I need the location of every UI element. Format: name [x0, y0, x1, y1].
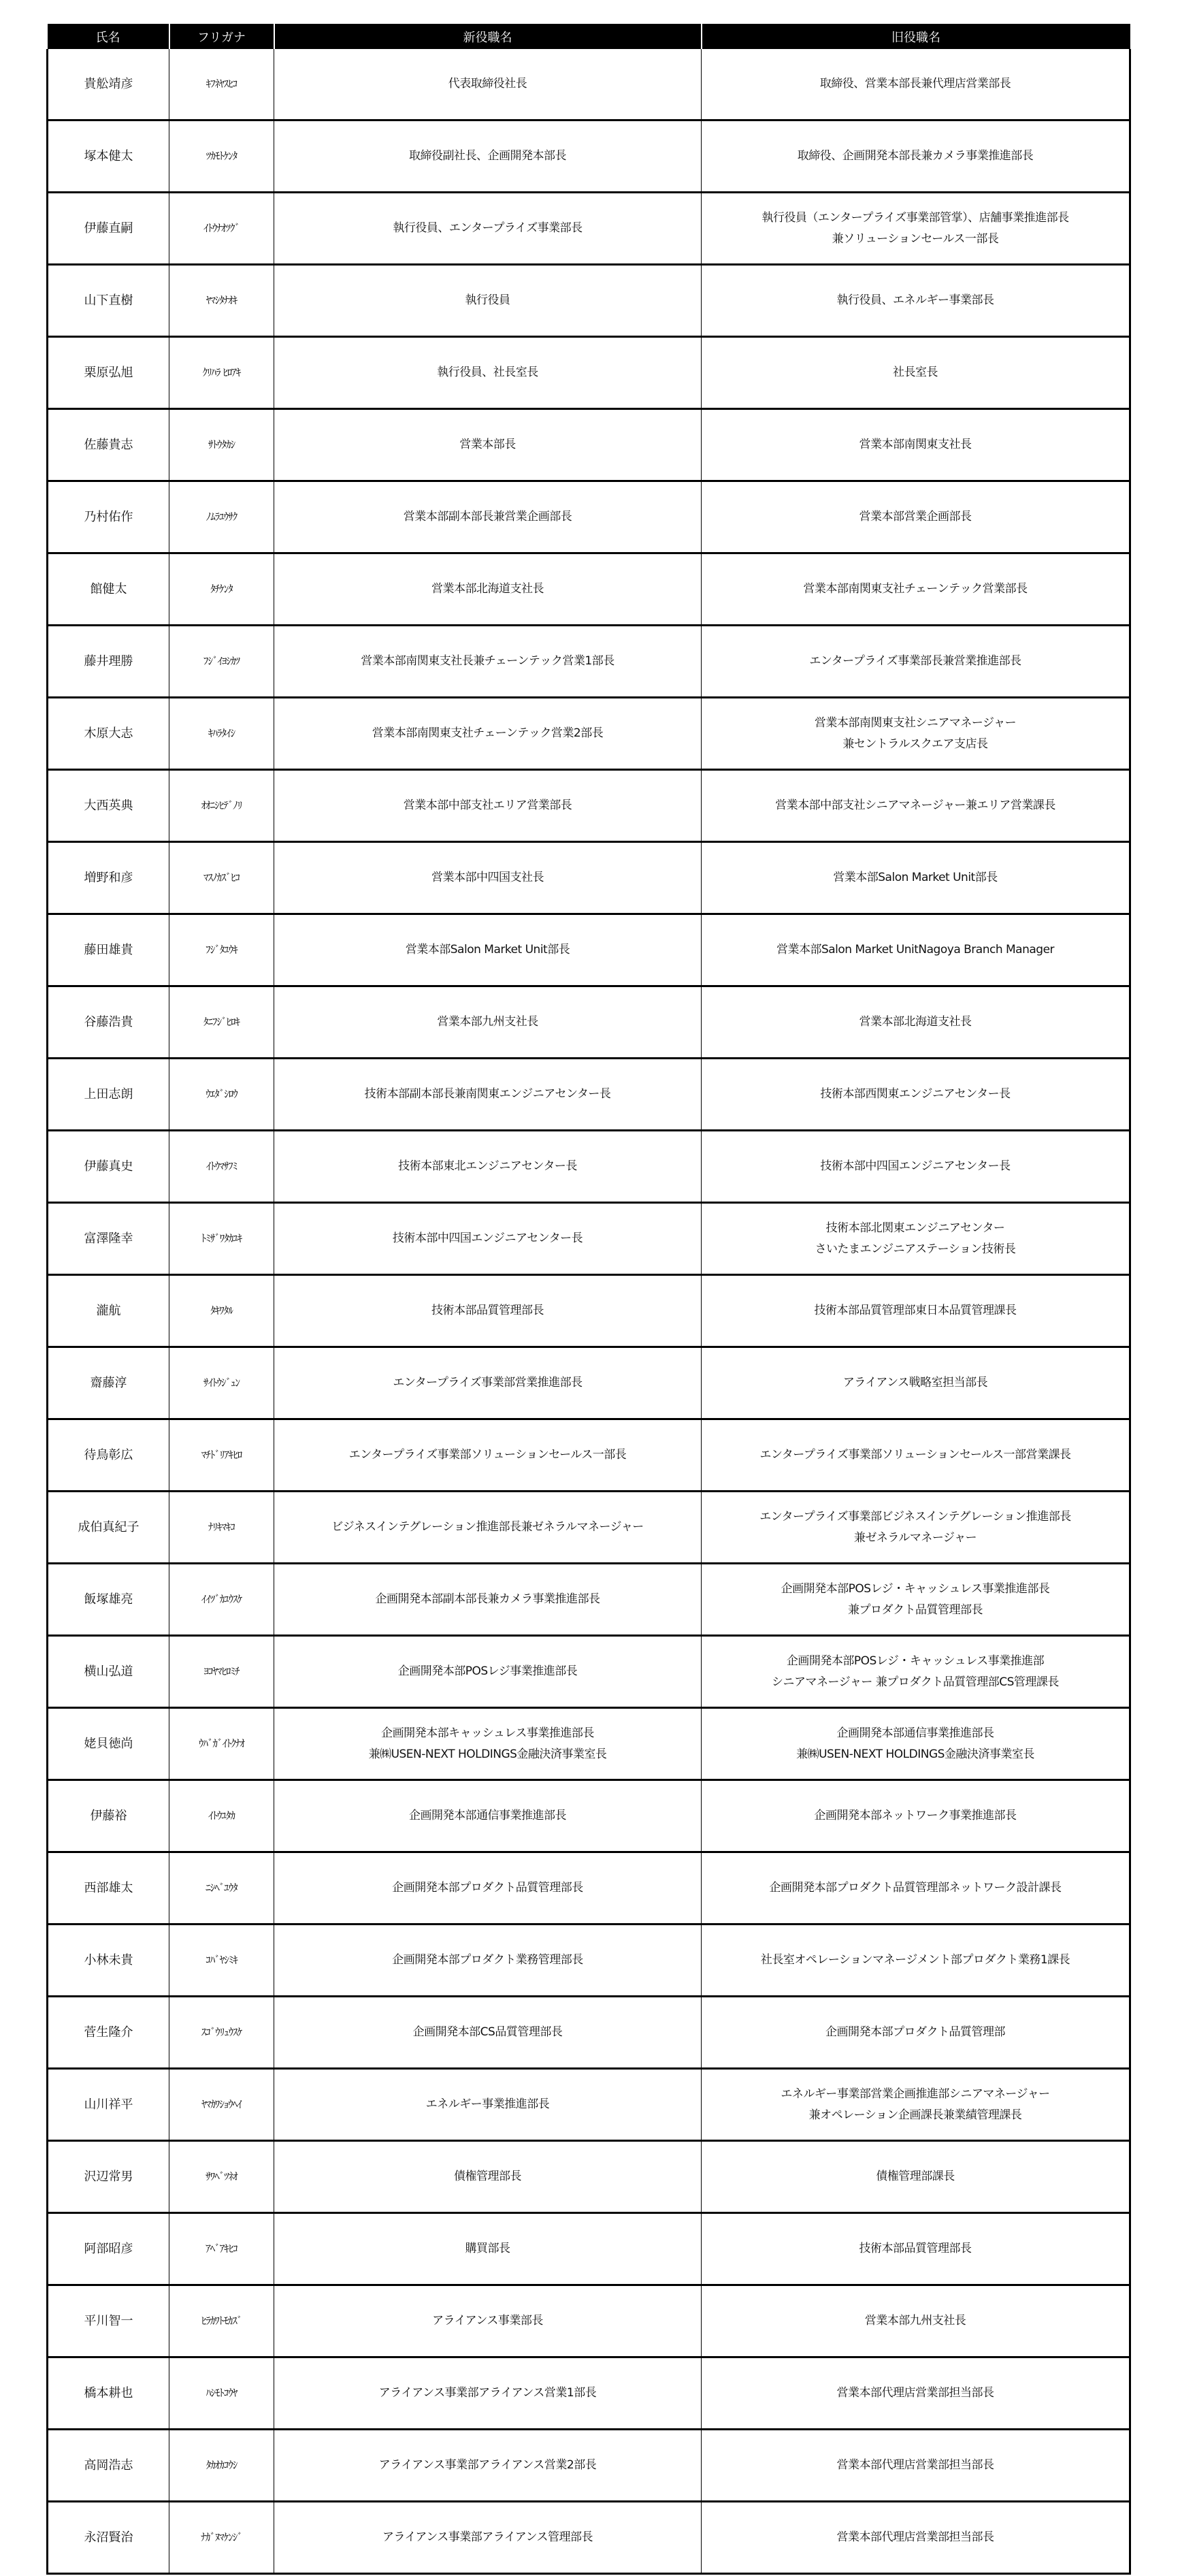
new-title-cell: 債権管理部長	[274, 2141, 702, 2213]
table-row: 阿部昭彦ｱﾍﾞｱｷﾋｺ購買部長技術本部品質管理部長	[48, 2213, 1130, 2285]
name-cell: 木原大志	[48, 698, 169, 770]
new-title-cell: 技術本部東北エンジニアセンター長	[274, 1131, 702, 1203]
name-cell: 山川祥平	[48, 2069, 169, 2141]
table-row: 塚本健太ﾂｶﾓﾄｹﾝﾀ取締役副社長、企画開発本部長取締役、企画開発本部長兼カメラ…	[48, 120, 1130, 193]
table-row: 飯塚雄亮ｲｲﾂﾞｶﾕｳｽｹ企画開発本部副本部長兼カメラ事業推進部長企画開発本部P…	[48, 1564, 1130, 1636]
new-title-cell: 営業本部長	[274, 409, 702, 481]
kana-cell: ｱﾍﾞｱｷﾋｺ	[169, 2213, 274, 2285]
name-cell: 栗原弘旭	[48, 337, 169, 409]
old-title-cell: 技術本部品質管理部長	[702, 2213, 1130, 2285]
old-title-cell: 社長室長	[702, 337, 1130, 409]
old-title-cell: 営業本部北海道支社長	[702, 986, 1130, 1059]
table-row: 木原大志ｷﾊﾗﾀｲｼ営業本部南関東支社チェーンテック営業2部長営業本部南関東支社…	[48, 698, 1130, 770]
new-title-cell: 執行役員、社長室長	[274, 337, 702, 409]
name-cell: 伊藤直嗣	[48, 193, 169, 265]
table-row: 菅生隆介ｽｺﾞｳﾘｭｳｽｹ企画開発本部CS品質管理部長企画開発本部プロダクト品質…	[48, 1997, 1130, 2069]
kana-cell: ﾅｶﾞﾇﾏｹﾝｼﾞ	[169, 2502, 274, 2574]
old-title-cell: 企画開発本部通信事業推進部長 兼㈱USEN-NEXT HOLDINGS金融決済事…	[702, 1708, 1130, 1780]
kana-cell: ﾅﾘｷﾏｷｺ	[169, 1492, 274, 1564]
kana-cell: ｷﾊﾗﾀｲｼ	[169, 698, 274, 770]
table-body: 貴舩靖彦ｷﾌﾈﾔｽﾋｺ代表取締役社長取締役、営業本部長兼代理店営業部長塚本健太ﾂ…	[48, 49, 1130, 2574]
kana-cell: ﾉﾑﾗﾕｳｻｸ	[169, 481, 274, 553]
name-cell: 永沼賢治	[48, 2502, 169, 2574]
new-title-cell: 取締役副社長、企画開発本部長	[274, 120, 702, 193]
new-title-cell: アライアンス事業部アライアンス管理部長	[274, 2502, 702, 2574]
kana-cell: ﾌｼﾞｲﾖｼｶﾂ	[169, 626, 274, 698]
kana-cell: ﾂｶﾓﾄｹﾝﾀ	[169, 120, 274, 193]
old-title-cell: 取締役、企画開発本部長兼カメラ事業推進部長	[702, 120, 1130, 193]
table-row: 横山弘道ﾖｺﾔﾏﾋﾛﾐﾁ企画開発本部POSレジ事業推進部長企画開発本部POSレジ…	[48, 1636, 1130, 1708]
old-title-cell: 執行役員、エネルギー事業部長	[702, 265, 1130, 337]
old-title-cell: 企画開発本部プロダクト品質管理部ネットワーク設計課長	[702, 1852, 1130, 1925]
old-title-cell: 営業本部南関東支社シニアマネージャー 兼セントラルスクエア支店長	[702, 698, 1130, 770]
old-title-cell: 営業本部南関東支社長	[702, 409, 1130, 481]
old-title-cell: 営業本部九州支社長	[702, 2285, 1130, 2357]
name-cell: 増野和彦	[48, 842, 169, 914]
new-title-cell: 企画開発本部キャッシュレス事業推進部長 兼㈱USEN-NEXT HOLDINGS…	[274, 1708, 702, 1780]
table-row: 大西英典ｵｵﾆｼﾋﾃﾞﾉﾘ営業本部中部支社エリア営業部長営業本部中部支社シニアマ…	[48, 770, 1130, 842]
kana-cell: ﾀﾆﾌｼﾞﾋﾛｷ	[169, 986, 274, 1059]
kana-cell: ｷﾌﾈﾔｽﾋｺ	[169, 49, 274, 120]
table-row: 姥貝徳尚ｳﾊﾞｶﾞｲﾄｸﾅｵ企画開発本部キャッシュレス事業推進部長 兼㈱USEN…	[48, 1708, 1130, 1780]
old-title-cell: 営業本部代理店営業部担当部長	[702, 2502, 1130, 2574]
kana-cell: ｳｴﾀﾞｼﾛｳ	[169, 1059, 274, 1131]
kana-cell: ﾋﾗｶﾜﾄﾓｶｽﾞ	[169, 2285, 274, 2357]
kana-cell: ｸﾘﾊﾗ ﾋﾛｱｷ	[169, 337, 274, 409]
new-title-cell: アライアンス事業部アライアンス営業1部長	[274, 2357, 702, 2430]
table-row: 佐藤貴志ｻﾄｳﾀｶｼ営業本部長営業本部南関東支社長	[48, 409, 1130, 481]
new-title-cell: 企画開発本部通信事業推進部長	[274, 1780, 702, 1852]
old-title-cell: 技術本部北関東エンジニアセンター さいたまエンジニアステーション技術長	[702, 1203, 1130, 1275]
name-cell: 富澤隆幸	[48, 1203, 169, 1275]
header-kana: フリガナ	[169, 24, 274, 49]
name-cell: 山下直樹	[48, 265, 169, 337]
table-row: 沢辺常男ｻﾜﾍﾞﾂﾈｵ債権管理部長債権管理部課長	[48, 2141, 1130, 2213]
new-title-cell: 企画開発本部POSレジ事業推進部長	[274, 1636, 702, 1708]
old-title-cell: 債権管理部課長	[702, 2141, 1130, 2213]
old-title-cell: 技術本部西関東エンジニアセンター長	[702, 1059, 1130, 1131]
name-cell: 成伯真紀子	[48, 1492, 169, 1564]
name-cell: 橋本耕也	[48, 2357, 169, 2430]
old-title-cell: エンタープライズ事業部ソリューションセールス一部営業課長	[702, 1419, 1130, 1492]
new-title-cell: 営業本部中四国支社長	[274, 842, 702, 914]
old-title-cell: 営業本部営業企画部長	[702, 481, 1130, 553]
old-title-cell: 企画開発本部ネットワーク事業推進部長	[702, 1780, 1130, 1852]
table-row: 伊藤直嗣ｲﾄｳﾅｵﾂｸﾞ執行役員、エンタープライズ事業部長執行役員（エンタープラ…	[48, 193, 1130, 265]
kana-cell: ﾀﾁｹﾝﾀ	[169, 553, 274, 626]
header-name: 氏名	[48, 24, 169, 49]
table-header: 氏名 フリガナ 新役職名 旧役職名	[48, 24, 1130, 49]
old-title-cell: 企画開発本部POSレジ・キャッシュレス事業推進部長 兼プロダクト品質管理部長	[702, 1564, 1130, 1636]
old-title-cell: 営業本部Salon Market Unit部長	[702, 842, 1130, 914]
new-title-cell: 営業本部中部支社エリア営業部長	[274, 770, 702, 842]
table-row: 小林未貴ｺﾊﾞﾔｼﾐｷ企画開発本部プロダクト業務管理部長社長室オペレーションマネ…	[48, 1925, 1130, 1997]
table-row: 増野和彦ﾏｽﾉｶｽﾞﾋｺ営業本部中四国支社長営業本部Salon Market U…	[48, 842, 1130, 914]
kana-cell: ﾏﾁﾄﾞﾘｱｷﾋﾛ	[169, 1419, 274, 1492]
table-row: 齋藤淳ｻｲﾄｳｼﾞｭﾝエンタープライズ事業部営業推進部長アライアンス戦略室担当部…	[48, 1347, 1130, 1419]
old-title-cell: エンタープライズ事業部長兼営業推進部長	[702, 626, 1130, 698]
table-row: 山下直樹ﾔﾏｼﾀﾅｵｷ執行役員執行役員、エネルギー事業部長	[48, 265, 1130, 337]
name-cell: 瀧航	[48, 1275, 169, 1347]
old-title-cell: 技術本部中四国エンジニアセンター長	[702, 1131, 1130, 1203]
old-title-cell: 営業本部代理店営業部担当部長	[702, 2357, 1130, 2430]
old-title-cell: 営業本部南関東支社チェーンテック営業部長	[702, 553, 1130, 626]
kana-cell: ﾀｷﾜﾀﾙ	[169, 1275, 274, 1347]
kana-cell: ﾔﾏｶﾜｼｮｳﾍｲ	[169, 2069, 274, 2141]
table-row: 乃村佑作ﾉﾑﾗﾕｳｻｸ営業本部副本部長兼営業企画部長営業本部営業企画部長	[48, 481, 1130, 553]
table-row: 待鳥彰広ﾏﾁﾄﾞﾘｱｷﾋﾛエンタープライズ事業部ソリューションセールス一部長エン…	[48, 1419, 1130, 1492]
name-cell: 乃村佑作	[48, 481, 169, 553]
new-title-cell: 営業本部北海道支社長	[274, 553, 702, 626]
new-title-cell: 技術本部副本部長兼南関東エンジニアセンター長	[274, 1059, 702, 1131]
new-title-cell: 代表取締役社長	[274, 49, 702, 120]
name-cell: 待鳥彰広	[48, 1419, 169, 1492]
old-title-cell: 取締役、営業本部長兼代理店営業部長	[702, 49, 1130, 120]
new-title-cell: ビジネスインテグレーション推進部長兼ゼネラルマネージャー	[274, 1492, 702, 1564]
new-title-cell: エンタープライズ事業部営業推進部長	[274, 1347, 702, 1419]
name-cell: 姥貝徳尚	[48, 1708, 169, 1780]
old-title-cell: 営業本部中部支社シニアマネージャー兼エリア営業課長	[702, 770, 1130, 842]
table-row: 藤田雄貴ﾌｼﾞﾀﾕｳｷ営業本部Salon Market Unit部長営業本部Sa…	[48, 914, 1130, 986]
kana-cell: ﾏｽﾉｶｽﾞﾋｺ	[169, 842, 274, 914]
new-title-cell: アライアンス事業部アライアンス営業2部長	[274, 2430, 702, 2502]
kana-cell: ｳﾊﾞｶﾞｲﾄｸﾅｵ	[169, 1708, 274, 1780]
table-row: 山川祥平ﾔﾏｶﾜｼｮｳﾍｲエネルギー事業推進部長エネルギー事業部営業企画推進部シ…	[48, 2069, 1130, 2141]
name-cell: 齋藤淳	[48, 1347, 169, 1419]
name-cell: 沢辺常男	[48, 2141, 169, 2213]
kana-cell: ｲﾄｳﾕﾀｶ	[169, 1780, 274, 1852]
old-title-cell: 執行役員（エンタープライズ事業部管掌）、店舗事業推進部長 兼ソリューションセール…	[702, 193, 1130, 265]
new-title-cell: 執行役員、エンタープライズ事業部長	[274, 193, 702, 265]
kana-cell: ｲﾄｳﾏｻﾌﾐ	[169, 1131, 274, 1203]
new-title-cell: 購買部長	[274, 2213, 702, 2285]
new-title-cell: 営業本部九州支社長	[274, 986, 702, 1059]
kana-cell: ﾀｶｵｶｺｳｼ	[169, 2430, 274, 2502]
name-cell: 平川智一	[48, 2285, 169, 2357]
old-title-cell: 営業本部代理店営業部担当部長	[702, 2430, 1130, 2502]
new-title-cell: 技術本部中四国エンジニアセンター長	[274, 1203, 702, 1275]
name-cell: 阿部昭彦	[48, 2213, 169, 2285]
table-row: 伊藤真史ｲﾄｳﾏｻﾌﾐ技術本部東北エンジニアセンター長技術本部中四国エンジニアセ…	[48, 1131, 1130, 1203]
new-title-cell: アライアンス事業部長	[274, 2285, 702, 2357]
new-title-cell: 営業本部南関東支社長兼チェーンテック営業1部長	[274, 626, 702, 698]
new-title-cell: エネルギー事業推進部長	[274, 2069, 702, 2141]
kana-cell: ﾌｼﾞﾀﾕｳｷ	[169, 914, 274, 986]
kana-cell: ｻｲﾄｳｼﾞｭﾝ	[169, 1347, 274, 1419]
old-title-cell: 企画開発本部プロダクト品質管理部	[702, 1997, 1130, 2069]
name-cell: 塚本健太	[48, 120, 169, 193]
kana-cell: ｲﾄｳﾅｵﾂｸﾞ	[169, 193, 274, 265]
old-title-cell: アライアンス戦略室担当部長	[702, 1347, 1130, 1419]
kana-cell: ｵｵﾆｼﾋﾃﾞﾉﾘ	[169, 770, 274, 842]
name-cell: 小林未貴	[48, 1925, 169, 1997]
table-row: 館健太ﾀﾁｹﾝﾀ営業本部北海道支社長営業本部南関東支社チェーンテック営業部長	[48, 553, 1130, 626]
name-cell: 藤井理勝	[48, 626, 169, 698]
name-cell: 谷藤浩貴	[48, 986, 169, 1059]
name-cell: 横山弘道	[48, 1636, 169, 1708]
table-row: 栗原弘旭ｸﾘﾊﾗ ﾋﾛｱｷ執行役員、社長室長社長室長	[48, 337, 1130, 409]
header-row: 氏名 フリガナ 新役職名 旧役職名	[48, 24, 1130, 49]
kana-cell: ﾊｼﾓﾄｺｳﾔ	[169, 2357, 274, 2430]
table-row: 上田志朗ｳｴﾀﾞｼﾛｳ技術本部副本部長兼南関東エンジニアセンター長技術本部西関東…	[48, 1059, 1130, 1131]
header-old-title: 旧役職名	[702, 24, 1130, 49]
kana-cell: ｺﾊﾞﾔｼﾐｷ	[169, 1925, 274, 1997]
old-title-cell: 企画開発本部POSレジ・キャッシュレス事業推進部 シニアマネージャー 兼プロダク…	[702, 1636, 1130, 1708]
kana-cell: ｻﾜﾍﾞﾂﾈｵ	[169, 2141, 274, 2213]
table-row: 富澤隆幸ﾄﾐｻﾞﾜﾀｶﾕｷ技術本部中四国エンジニアセンター長技術本部北関東エンジ…	[48, 1203, 1130, 1275]
name-cell: 上田志朗	[48, 1059, 169, 1131]
kana-cell: ﾔﾏｼﾀﾅｵｷ	[169, 265, 274, 337]
kana-cell: ｲｲﾂﾞｶﾕｳｽｹ	[169, 1564, 274, 1636]
old-title-cell: 営業本部Salon Market UnitNagoya Branch Manag…	[702, 914, 1130, 986]
table-row: 橋本耕也ﾊｼﾓﾄｺｳﾔアライアンス事業部アライアンス営業1部長営業本部代理店営業…	[48, 2357, 1130, 2430]
personnel-changes-table: 氏名 フリガナ 新役職名 旧役職名 貴舩靖彦ｷﾌﾈﾔｽﾋｺ代表取締役社長取締役、…	[46, 24, 1131, 2575]
new-title-cell: 企画開発本部CS品質管理部長	[274, 1997, 702, 2069]
new-title-cell: 執行役員	[274, 265, 702, 337]
old-title-cell: 社長室オペレーションマネージメント部プロダクト業務1課長	[702, 1925, 1130, 1997]
table-row: 貴舩靖彦ｷﾌﾈﾔｽﾋｺ代表取締役社長取締役、営業本部長兼代理店営業部長	[48, 49, 1130, 120]
new-title-cell: 技術本部品質管理部長	[274, 1275, 702, 1347]
new-title-cell: 営業本部Salon Market Unit部長	[274, 914, 702, 986]
name-cell: 貴舩靖彦	[48, 49, 169, 120]
old-title-cell: 技術本部品質管理部東日本品質管理課長	[702, 1275, 1130, 1347]
name-cell: 飯塚雄亮	[48, 1564, 169, 1636]
name-cell: 大西英典	[48, 770, 169, 842]
old-title-cell: エネルギー事業部営業企画推進部シニアマネージャー 兼オペレーション企画課長兼業績…	[702, 2069, 1130, 2141]
name-cell: 伊藤裕	[48, 1780, 169, 1852]
kana-cell: ﾖｺﾔﾏﾋﾛﾐﾁ	[169, 1636, 274, 1708]
new-title-cell: 企画開発本部プロダクト品質管理部長	[274, 1852, 702, 1925]
kana-cell: ｻﾄｳﾀｶｼ	[169, 409, 274, 481]
table-row: 伊藤裕ｲﾄｳﾕﾀｶ企画開発本部通信事業推進部長企画開発本部ネットワーク事業推進部…	[48, 1780, 1130, 1852]
new-title-cell: 営業本部南関東支社チェーンテック営業2部長	[274, 698, 702, 770]
name-cell: 館健太	[48, 553, 169, 626]
new-title-cell: 企画開発本部プロダクト業務管理部長	[274, 1925, 702, 1997]
name-cell: 菅生隆介	[48, 1997, 169, 2069]
table-row: 永沼賢治ﾅｶﾞﾇﾏｹﾝｼﾞアライアンス事業部アライアンス管理部長営業本部代理店営…	[48, 2502, 1130, 2574]
new-title-cell: エンタープライズ事業部ソリューションセールス一部長	[274, 1419, 702, 1492]
table-row: 西部雄太ﾆｼﾍﾞﾕｳﾀ企画開発本部プロダクト品質管理部長企画開発本部プロダクト品…	[48, 1852, 1130, 1925]
new-title-cell: 営業本部副本部長兼営業企画部長	[274, 481, 702, 553]
table-row: 高岡浩志ﾀｶｵｶｺｳｼアライアンス事業部アライアンス営業2部長営業本部代理店営業…	[48, 2430, 1130, 2502]
name-cell: 佐藤貴志	[48, 409, 169, 481]
name-cell: 西部雄太	[48, 1852, 169, 1925]
kana-cell: ｽｺﾞｳﾘｭｳｽｹ	[169, 1997, 274, 2069]
header-new-title: 新役職名	[274, 24, 702, 49]
name-cell: 伊藤真史	[48, 1131, 169, 1203]
old-title-cell: エンタープライズ事業部ビジネスインテグレーション推進部長 兼ゼネラルマネージャー	[702, 1492, 1130, 1564]
kana-cell: ﾆｼﾍﾞﾕｳﾀ	[169, 1852, 274, 1925]
table-row: 瀧航ﾀｷﾜﾀﾙ技術本部品質管理部長技術本部品質管理部東日本品質管理課長	[48, 1275, 1130, 1347]
table-row: 平川智一ﾋﾗｶﾜﾄﾓｶｽﾞアライアンス事業部長営業本部九州支社長	[48, 2285, 1130, 2357]
table-row: 藤井理勝ﾌｼﾞｲﾖｼｶﾂ営業本部南関東支社長兼チェーンテック営業1部長エンタープ…	[48, 626, 1130, 698]
name-cell: 高岡浩志	[48, 2430, 169, 2502]
kana-cell: ﾄﾐｻﾞﾜﾀｶﾕｷ	[169, 1203, 274, 1275]
table-row: 成伯真紀子ﾅﾘｷﾏｷｺビジネスインテグレーション推進部長兼ゼネラルマネージャーエ…	[48, 1492, 1130, 1564]
name-cell: 藤田雄貴	[48, 914, 169, 986]
new-title-cell: 企画開発本部副本部長兼カメラ事業推進部長	[274, 1564, 702, 1636]
table-row: 谷藤浩貴ﾀﾆﾌｼﾞﾋﾛｷ営業本部九州支社長営業本部北海道支社長	[48, 986, 1130, 1059]
